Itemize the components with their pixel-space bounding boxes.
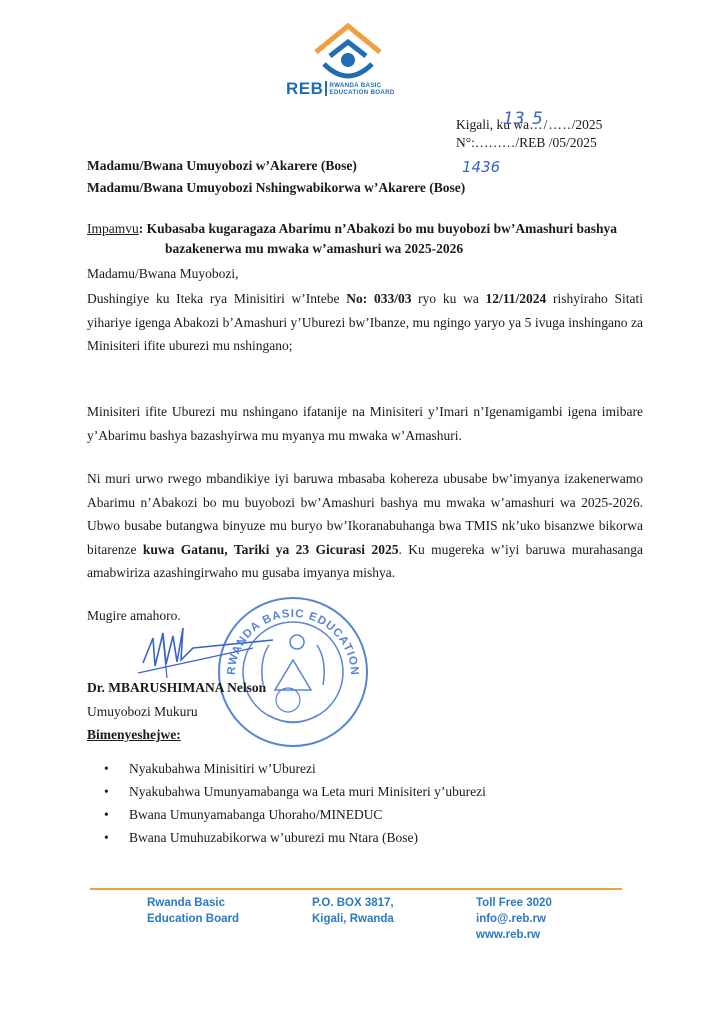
- date-year: /2025: [572, 117, 603, 132]
- cc-item: Nyakubahwa Umunyamabanga wa Leta muri Mi…: [104, 780, 486, 803]
- footer-phone: Toll Free 3020: [476, 895, 552, 911]
- date-line: Kigali, ku wa…/…../2025 13 5: [456, 116, 602, 134]
- cc-item: Bwana Umuhuzabikorwa w’uburezi mu Ntara …: [104, 826, 486, 849]
- footer-contact: Toll Free 3020 info@.reb.rw www.reb.rw: [476, 895, 552, 943]
- handwritten-month: 5: [532, 110, 543, 128]
- addressee: Madamu/Bwana Umuyobozi Nshingwabikorwa w…: [87, 177, 465, 199]
- footer-address: P.O. BOX 3817, Kigali, Rwanda: [312, 895, 394, 927]
- reb-wordmark: REB RWANDA BASIC EDUCATION BOARD: [286, 80, 395, 97]
- subject-line2: bazakenerwa mu mwaka w’amashuri wa 2025-…: [87, 239, 643, 259]
- addressees: Madamu/Bwana Umuyobozi w’Akarere (Bose) …: [87, 155, 465, 199]
- subject-label: Impamvu: [87, 221, 139, 236]
- footer-org-line: Rwanda Basic: [147, 895, 239, 911]
- decree-number: No: 033/03: [346, 291, 411, 306]
- addressee: Madamu/Bwana Umuyobozi w’Akarere (Bose): [87, 155, 465, 177]
- logo-name-line1: RWANDA BASIC: [329, 82, 381, 89]
- cc-list: Nyakubahwa Minisitiri w’Uburezi Nyakubah…: [104, 757, 486, 849]
- paragraph-1: Dushingiye ku Iteka rya Minisitiri w’Int…: [87, 287, 643, 358]
- cc-item: Bwana Umunyamabanga Uhoraho/MINEDUC: [104, 803, 486, 826]
- reb-stamp-icon: RWANDA BASIC EDUCATION BOARD (REB): [213, 590, 373, 750]
- footer-address-line: P.O. BOX 3817,: [312, 895, 394, 911]
- reb-emblem-icon: [310, 22, 420, 84]
- logo-abbr: REB: [286, 80, 323, 97]
- handwritten-ref-number: 1436: [462, 158, 500, 176]
- footer-divider: [90, 888, 622, 890]
- official-stamp: RWANDA BASIC EDUCATION BOARD (REB): [213, 590, 373, 755]
- handwritten-day: 13: [503, 110, 525, 128]
- p1-text: ryo ku wa: [411, 291, 485, 306]
- footer-website: www.reb.rw: [476, 927, 552, 943]
- logo-name-line2: EDUCATION BOARD: [329, 89, 394, 96]
- subject: Impamvu: Kubasaba kugaragaza Abarimu n’A…: [87, 219, 643, 259]
- deadline-date: kuwa Gatanu, Tariki ya 23 Gicurasi 2025: [143, 542, 399, 557]
- footer-address-line: Kigali, Rwanda: [312, 911, 394, 927]
- ref-prefix: N°:………: [456, 135, 515, 150]
- decree-date: 12/11/2024: [486, 291, 547, 306]
- footer-email: info@.reb.rw: [476, 911, 552, 927]
- footer-organization: Rwanda Basic Education Board: [147, 895, 239, 927]
- logo-divider: [325, 81, 327, 96]
- logo-fullname: RWANDA BASIC EDUCATION BOARD: [329, 82, 394, 96]
- cc-heading: Bimenyeshejwe:: [87, 727, 181, 743]
- signatory-title: Umuyobozi Mukuru: [87, 704, 198, 720]
- paragraph-2: Minisiteri ifite Uburezi mu nshingano if…: [87, 400, 643, 447]
- footer-org-line: Education Board: [147, 911, 239, 927]
- signatory-name: Dr. MBARUSHIMANA Nelson: [87, 680, 266, 696]
- stamp-text: RWANDA BASIC EDUCATION BOARD (REB): [213, 590, 360, 676]
- date-reference-block: Kigali, ku wa…/…../2025 13 5 N°:………/REB …: [456, 116, 602, 152]
- reference-line: N°:………/REB /05/2025 1436: [456, 134, 602, 152]
- ref-suffix: /REB /05/2025: [515, 135, 596, 150]
- subject-line1: Kubasaba kugaragaza Abarimu n’Abakozi bo…: [147, 221, 617, 236]
- svg-text:RWANDA BASIC EDUCATION BOARD (: RWANDA BASIC EDUCATION BOARD (REB): [213, 590, 360, 676]
- cc-item: Nyakubahwa Minisitiri w’Uburezi: [104, 757, 486, 780]
- paragraph-3: Ni muri urwo rwego mbandikiye iyi baruwa…: [87, 467, 643, 585]
- salutation: Madamu/Bwana Muyobozi,: [87, 266, 238, 282]
- p1-text: Dushingiye ku Iteka rya Minisitiri w’Int…: [87, 291, 346, 306]
